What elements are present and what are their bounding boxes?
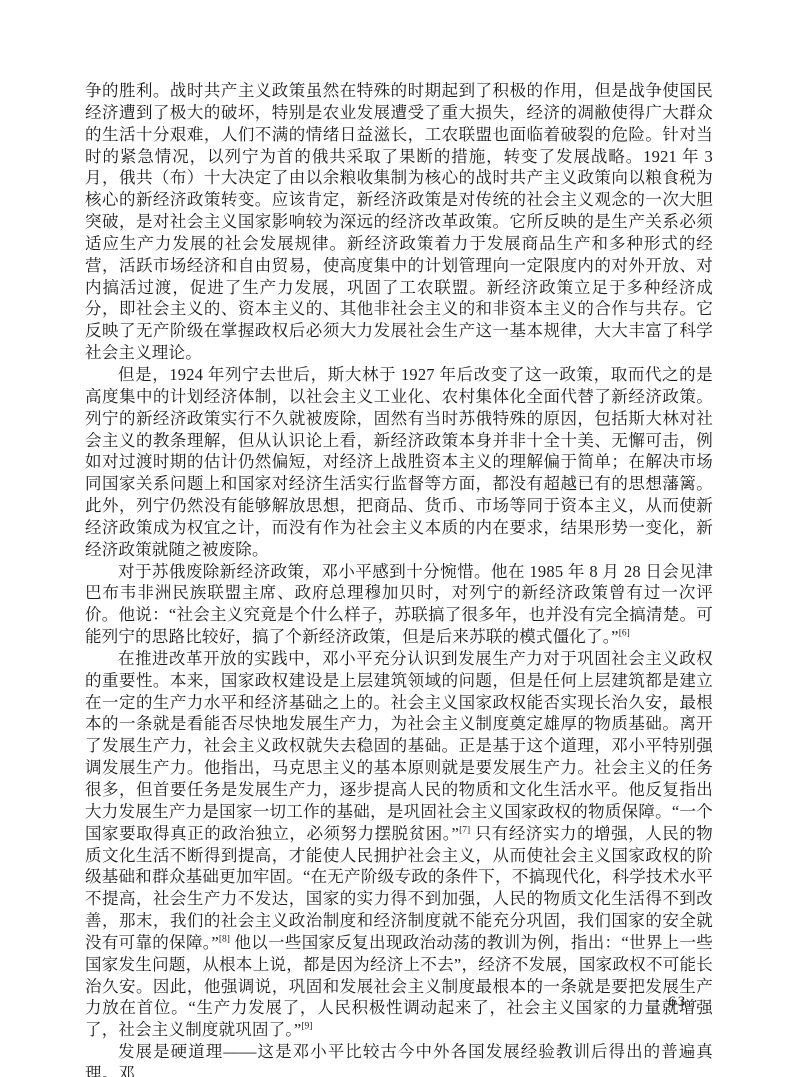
document-body: 争的胜利。战时共产主义政策虽然在特殊的时期起到了积极的作用，但是战争使国民经济遭… [85, 80, 713, 1077]
book-page: 争的胜利。战时共产主义政策虽然在特殊的时期起到了积极的作用，但是战争使国民经济遭… [0, 0, 794, 1077]
paragraph-text: 在推进改革开放的实践中，邓小平充分认识到发展生产力对于巩固社会主义政权的重要性。… [85, 649, 713, 843]
paragraph: 争的胜利。战时共产主义政策虽然在特殊的时期起到了积极的作用，但是战争使国民经济遭… [85, 80, 713, 364]
paragraph-text: 争的胜利。战时共产主义政策虽然在特殊的时期起到了积极的作用，但是战争使国民经济遭… [85, 81, 713, 362]
footnote-marker: [9] [301, 1022, 312, 1032]
paragraph: 在推进改革开放的实践中，邓小平充分认识到发展生产力对于巩固社会主义政权的重要性。… [85, 648, 713, 1041]
paragraph-text: 但是，1924 年列宁去世后，斯大林于 1927 年后改变了这一政策，取而代之的… [85, 365, 713, 559]
footnote-marker: [6] [619, 629, 630, 639]
page-number: · 63 · [656, 994, 701, 1011]
paragraph: 对于苏俄废除新经济政策，邓小平感到十分惋惜。他在 1985 年 8 月 28 日… [85, 561, 713, 648]
footnote-marker: [7] [459, 825, 470, 835]
paragraph: 发展是硬道理——这是邓小平比较古今中外各国发展经验教训后得出的普遍真理。邓 [85, 1041, 713, 1077]
paragraph-text: 发展是硬道理——这是邓小平比较古今中外各国发展经验教训后得出的普遍真理。邓 [85, 1042, 713, 1077]
paragraph: 但是，1924 年列宁去世后，斯大林于 1927 年后改变了这一政策，取而代之的… [85, 364, 713, 561]
footnote-marker: [8] [219, 934, 230, 944]
